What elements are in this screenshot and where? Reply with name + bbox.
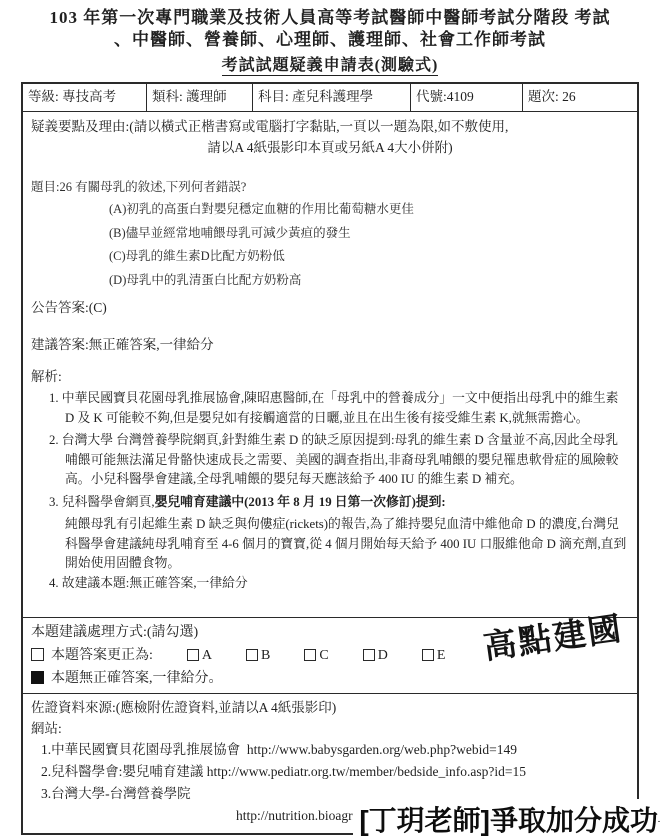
checkbox-choice-b[interactable]: [246, 649, 258, 661]
info-cell-category: 類科: 護理師: [147, 84, 253, 111]
choice-b-label: B: [261, 648, 270, 663]
suggested-answer: 建議答案:無正確答案,一律給分: [31, 334, 629, 355]
analysis-point-3-prefix: 3. 兒科醫學會網頁,: [49, 495, 155, 509]
option-c: (C)母乳的維生素D比配方奶粉低: [109, 245, 629, 269]
checkbox-choice-d[interactable]: [363, 649, 375, 661]
evidence-site-2: 2.兒科醫學會:嬰兒哺育建議 http://www.pediatr.org.tw…: [41, 761, 629, 783]
form-title-wrap: 考試試題疑義申請表(測驗式): [0, 56, 660, 76]
evidence-site-2-name: 2.兒科醫學會:嬰兒哺育建議: [41, 764, 203, 779]
analysis-point-3-body: 純餵母乳有引起維生素 D 缺乏與佝僂症(rickets)的報告,為了維持嬰兒血清…: [65, 515, 629, 574]
handling-option2-label: 本題無正確答案,一律給分。: [51, 671, 223, 686]
exam-title-line-1: 103 年第一次專門職業及技術人員高等考試醫師中醫師考試分階段 考試: [0, 7, 660, 29]
analysis-point-3-citation: 嬰兒哺育建議中(2013 年 8 月 19 日第一次修訂)提到:: [155, 495, 446, 509]
reason-instructions-line-1: 疑義要點及理由:(請以橫式正楷書寫或電腦打字黏貼,一頁以一題為限,如不敷使用,: [31, 116, 629, 137]
info-row: 等級: 專技高考 類科: 護理師 科目: 產兒科護理學 代號:4109 題次: …: [23, 84, 637, 112]
option-a: (A)初乳的高蛋白對嬰兒穩定血糖的作用比葡萄糖水更佳: [109, 198, 629, 222]
choice-e-label: E: [437, 648, 446, 663]
info-cell-level: 等級: 專技高考: [23, 84, 147, 111]
exam-appeal-form-page: 103 年第一次專門職業及技術人員高等考試醫師中醫師考試分階段 考試 、中醫師、…: [0, 0, 660, 840]
choice-d-label: D: [378, 648, 388, 663]
announced-answer: 公告答案:(C): [31, 297, 629, 318]
info-cell-subject: 科目: 產兒科護理學: [253, 84, 411, 111]
appeal-table: 等級: 專技高考 類科: 護理師 科目: 產兒科護理學 代號:4109 題次: …: [21, 82, 639, 835]
question-options: (A)初乳的高蛋白對嬰兒穩定血糖的作用比葡萄糖水更佳 (B)儘早並經常地哺餵母乳…: [109, 198, 629, 292]
evidence-site-1: 1.中華民國寶貝花園母乳推展協會 http://www.babysgarden.…: [41, 739, 629, 761]
analysis-point-1: 1. 中華民國寶貝花園母乳推展協會,陳昭惠醫師,在「母乳中的營養成分」一文中便指…: [65, 389, 629, 428]
footer-slogan: [丁玥老師]爭取加分成功: [353, 799, 658, 839]
choice-c: C: [304, 644, 328, 667]
handling-option1-label: 本題答案更正為:: [51, 648, 153, 663]
option-b: (B)儘早並經常地哺餵母乳可減少黃疸的發生: [109, 222, 629, 246]
choice-e: E: [422, 644, 446, 667]
analysis-point-2: 2. 台灣大學 台灣營養學院網頁,針對維生素 D 的缺乏原因提到:母乳的維生素 …: [65, 431, 629, 490]
appeal-section: 疑義要點及理由:(請以橫式正楷書寫或電腦打字黏貼,一頁以一題為限,如不敷使用, …: [23, 112, 637, 618]
evidence-site-3-name: 3.台灣大學-台灣營養學院: [41, 786, 191, 801]
exam-title-line-2: 、中醫師、營養師、心理師、護理師、社會工作師考試: [0, 29, 660, 51]
evidence-title: 佐證資料來源:(應檢附佐證資料,並請以A 4紙張影印): [31, 697, 629, 718]
checkbox-choice-a[interactable]: [187, 649, 199, 661]
choice-a-label: A: [202, 648, 212, 663]
website-label: 網站:: [31, 718, 629, 739]
checkbox-no-correct-answer-checked[interactable]: [31, 671, 44, 684]
form-title: 考試試題疑義申請表(測驗式): [222, 57, 439, 76]
choice-b: B: [246, 644, 270, 667]
reason-instructions-line-2: 請以A 4紙張影印本頁或另紙A 4大小併附): [31, 137, 629, 158]
choice-d: D: [363, 644, 388, 667]
evidence-site-1-name: 1.中華民國寶貝花園母乳推展協會: [41, 742, 240, 757]
checkbox-answer-correction[interactable]: [31, 648, 44, 661]
analysis-label: 解析:: [31, 366, 629, 387]
choice-a: A: [187, 644, 212, 667]
analysis-points: 1. 中華民國寶貝花園母乳推展協會,陳昭惠醫師,在「母乳中的營養成分」一文中便指…: [31, 389, 629, 593]
checkbox-choice-c[interactable]: [304, 649, 316, 661]
evidence-site-1-url[interactable]: http://www.babysgarden.org/web.php?webid…: [247, 742, 517, 757]
info-cell-code: 代號:4109: [411, 84, 523, 111]
question-title: 題目:26 有關母乳的敘述,下列何者錯誤?: [31, 177, 629, 198]
analysis-point-4: 4. 故建議本題:無正確答案,一律給分: [65, 574, 629, 594]
handling-option-no-answer: 本題無正確答案,一律給分。: [31, 667, 629, 690]
checkbox-choice-e[interactable]: [422, 649, 434, 661]
option-d: (D)母乳中的乳清蛋白比配方奶粉高: [109, 269, 629, 293]
handling-section: 本題建議處理方式:(請勾選) 本題答案更正為:ABCDE 本題無正確答案,一律給…: [23, 617, 637, 694]
choice-c-label: C: [319, 648, 328, 663]
info-cell-question-number: 題次: 26: [523, 84, 637, 111]
analysis-point-3: 3. 兒科醫學會網頁,嬰兒哺育建議中(2013 年 8 月 19 日第一次修訂)…: [65, 493, 629, 513]
evidence-site-2-url[interactable]: http://www.pediatr.org.tw/member/bedside…: [207, 764, 526, 779]
form-header: 103 年第一次專門職業及技術人員高等考試醫師中醫師考試分階段 考試 、中醫師、…: [0, 0, 660, 76]
